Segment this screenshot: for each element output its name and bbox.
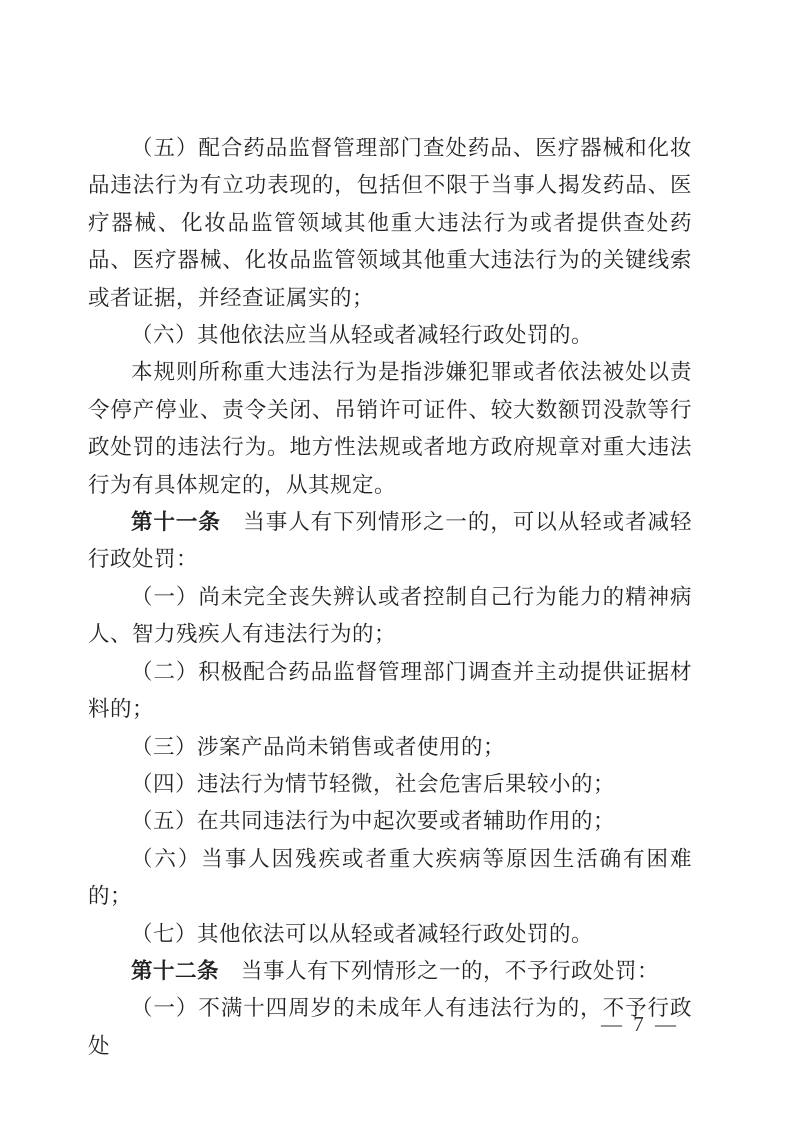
paragraph-text: （二）积极配合药品监督管理部门调查并主动提供证据材料的； [88,660,692,721]
document-body: （五）配合药品监督管理部门查处药品、医疗器械和化妆品违法行为有立功表现的，包括但… [88,130,692,1065]
article-number: 第十二条 [131,959,219,983]
paragraph: （六）当事人因残疾或者重大疾病等原因生活确有困难的； [88,841,692,916]
paragraph: （五）配合药品监督管理部门查处药品、医疗器械和化妆品违法行为有立功表现的，包括但… [88,130,692,317]
paragraph-text: （六）当事人因残疾或者重大疾病等原因生活确有困难的； [88,847,692,908]
paragraph-text: （五）在共同违法行为中起次要或者辅助作用的； [131,809,615,833]
paragraph: （二）积极配合药品监督管理部门调查并主动提供证据材料的； [88,654,692,729]
paragraph: 第十一条 当事人有下列情形之一的，可以从轻或者减轻行政处罚： [88,504,692,579]
paragraph: （七）其他依法可以从轻或者减轻行政处罚的。 [88,916,692,953]
paragraph: 本规则所称重大违法行为是指涉嫌犯罪或者依法被处以责令停产停业、责令关闭、吊销许可… [88,354,692,504]
paragraph: （三）涉案产品尚未销售或者使用的； [88,729,692,766]
article-number: 第十一条 [131,510,221,534]
paragraph-text: （三）涉案产品尚未销售或者使用的； [131,735,505,759]
paragraph-text: 本规则所称重大违法行为是指涉嫌犯罪或者依法被处以责令停产停业、责令关闭、吊销许可… [88,360,692,496]
paragraph-text: （七）其他依法可以从轻或者减轻行政处罚的。 [131,922,593,946]
document-page: （五）配合药品监督管理部门查处药品、医疗器械和化妆品违法行为有立功表现的，包括但… [0,0,793,1122]
paragraph-text: （五）配合药品监督管理部门查处药品、医疗器械和化妆品违法行为有立功表现的，包括但… [88,136,692,310]
paragraph-text: 当事人有下列情形之一的，不予行政处罚： [219,959,659,983]
paragraph-text: （四）违法行为情节轻微，社会危害后果较小的； [131,772,615,796]
paragraph: （四）违法行为情节轻微，社会危害后果较小的； [88,766,692,803]
paragraph: 第十二条 当事人有下列情形之一的，不予行政处罚： [88,953,692,990]
paragraph-text: （六）其他依法应当从轻或者减轻行政处罚的。 [131,323,593,347]
paragraph: （五）在共同违法行为中起次要或者辅助作用的； [88,803,692,840]
paragraph: （六）其他依法应当从轻或者减轻行政处罚的。 [88,317,692,354]
page-number: — 7 — [560,1012,720,1037]
paragraph: （一）尚未完全丧失辨认或者控制自己行为能力的精神病人、智力残疾人有违法行为的； [88,579,692,654]
paragraph-text: （一）尚未完全丧失辨认或者控制自己行为能力的精神病人、智力残疾人有违法行为的； [88,585,692,646]
